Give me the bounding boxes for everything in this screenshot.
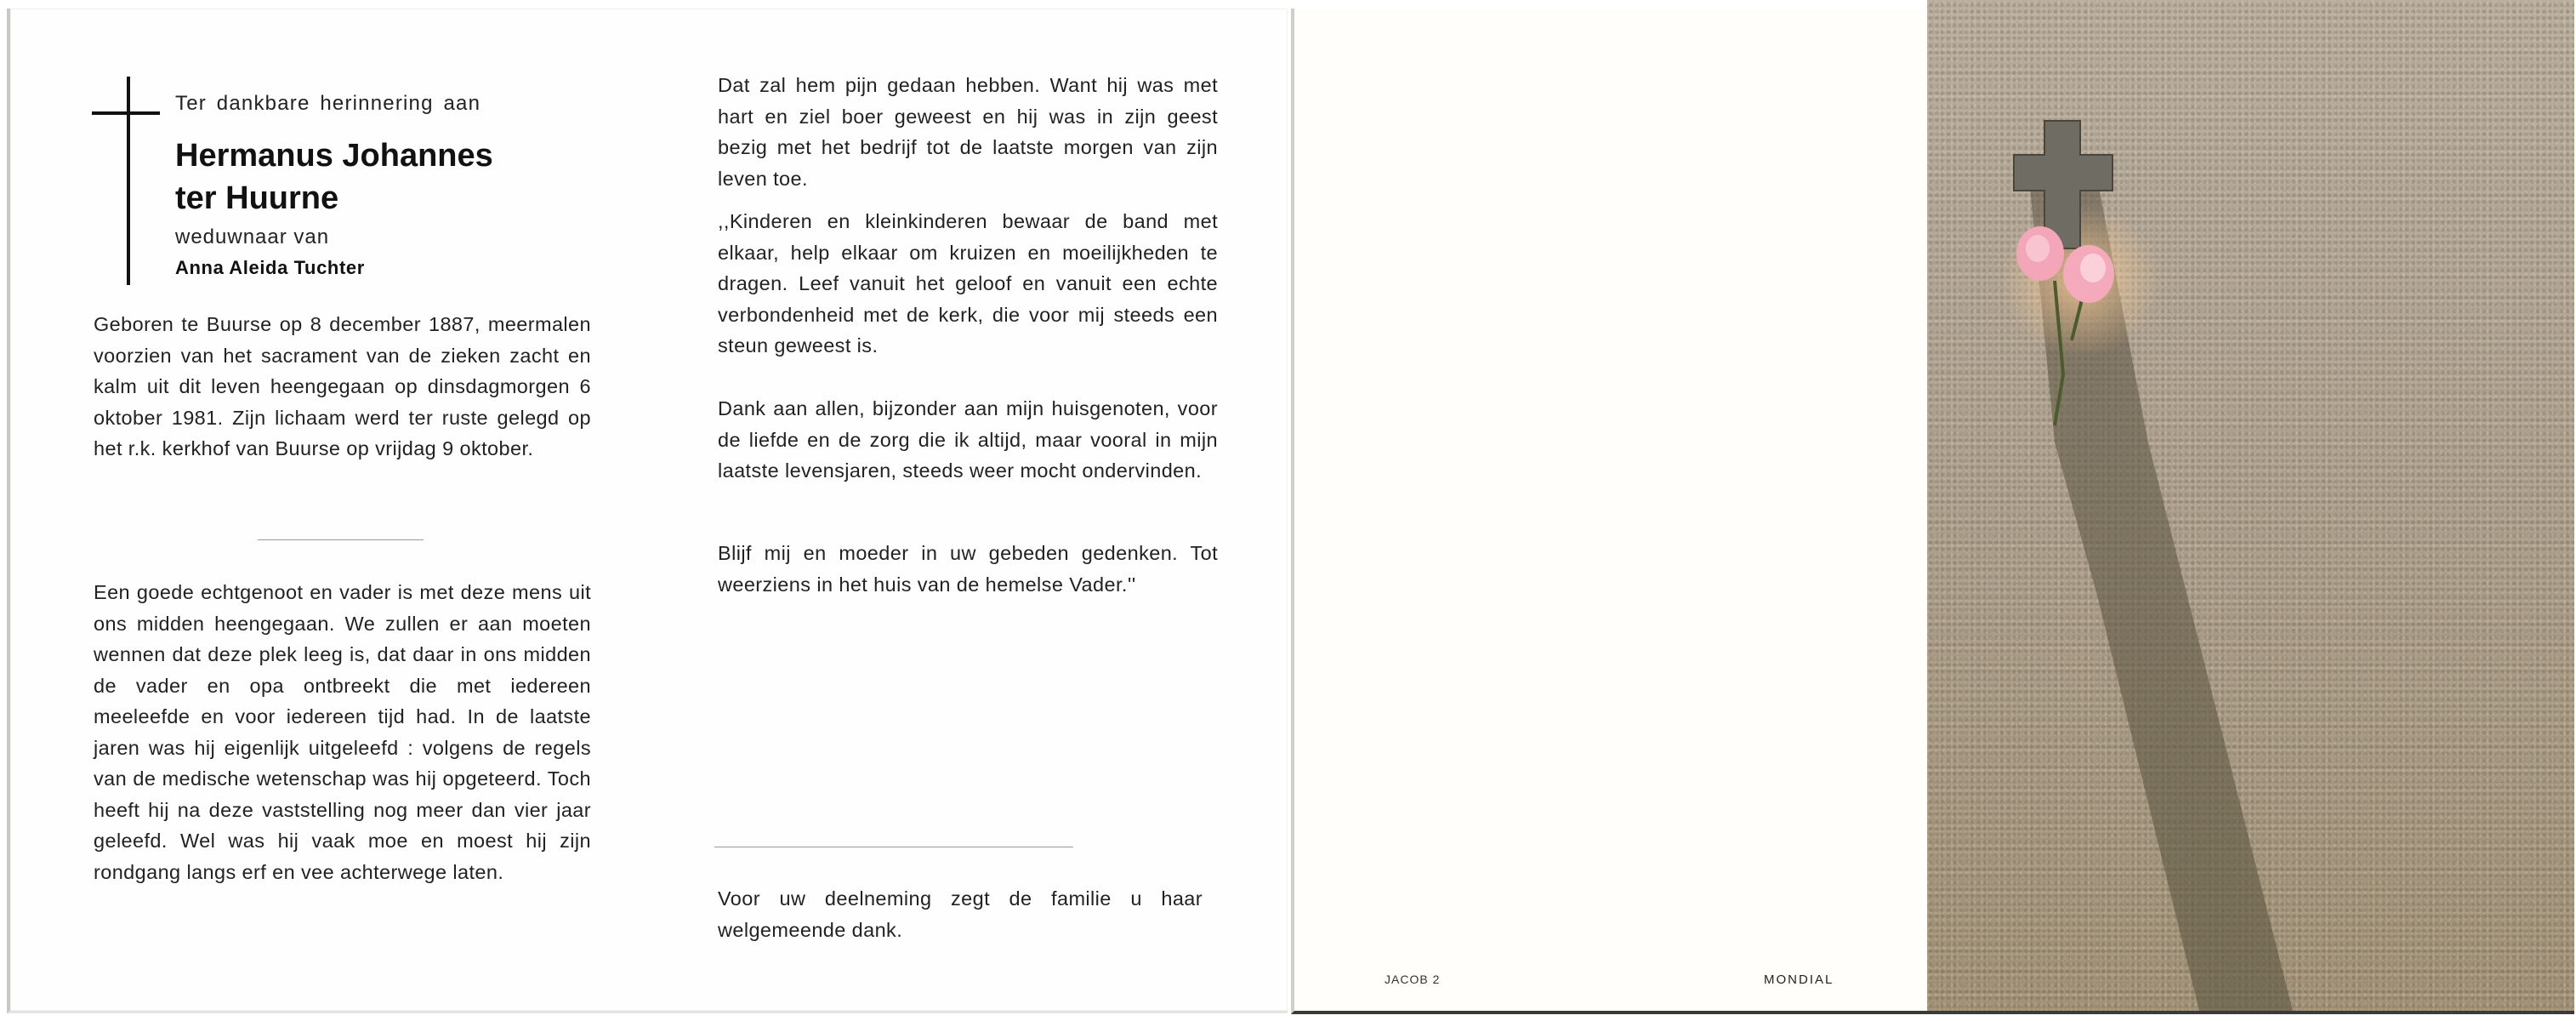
family-thanks: Voor uw deelneming zegt de familie u haa… (718, 883, 1203, 945)
heading-intro: Ter dankbare herinnering aan (175, 92, 481, 116)
children-quote-paragraph: ,,Kinderen en kleinkinderen bewaar de ba… (718, 206, 1218, 362)
cross-icon-bar (92, 111, 160, 115)
tribute-paragraph: Een goede echtgenoot en vader is met dez… (94, 577, 591, 887)
printer-code: JACOB 2 (1385, 973, 1440, 986)
prayer-paragraph: Blijf mij en moeder in uw gebeden gedenk… (718, 538, 1218, 600)
thanks-paragraph: Dank aan allen, bijzonder aan mijn huisg… (718, 393, 1218, 487)
farmer-paragraph: Dat zal hem pijn gedaan hebben. Want hij… (718, 70, 1218, 194)
divider (258, 539, 424, 540)
deceased-name: Hermanus Johannes ter Huurne (175, 134, 493, 220)
deceased-name-line1: Hermanus Johannes (175, 134, 493, 177)
cover-photo (1927, 0, 2574, 1011)
publisher-name: MONDIAL (1764, 973, 1834, 987)
memorial-card-inside: Ter dankbare herinnering aan Hermanus Jo… (7, 9, 1288, 1013)
cross-shadow (1927, 0, 2574, 1011)
memorial-card-outside: JACOB 2 MONDIAL (1291, 9, 2574, 1014)
birth-death-paragraph: Geboren te Buurse op 8 december 1887, me… (94, 309, 591, 465)
relation-label: weduwnaar van (175, 225, 329, 249)
deceased-name-line2: ter Huurne (175, 177, 493, 220)
cross-icon (127, 77, 130, 285)
spouse-name: Anna Aleida Tuchter (175, 257, 365, 279)
divider (714, 847, 1073, 847)
